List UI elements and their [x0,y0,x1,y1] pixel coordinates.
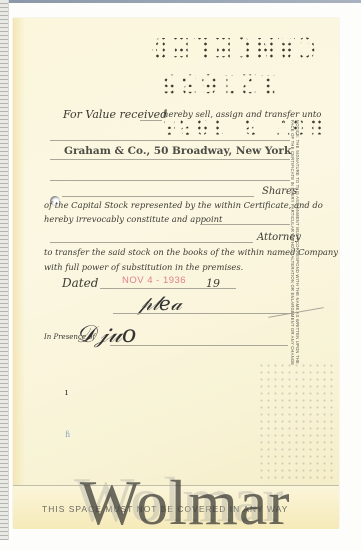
witness-signature: 𝒟𝒿𝓊𝑜 [76,320,136,348]
substitution-text: with full power of substitution in the p… [44,262,243,272]
date-line [100,288,218,289]
scale-ruler [0,0,9,540]
watermark-logo: Wolmar [80,466,291,540]
signature-line [113,313,293,314]
perforation-canceled: CANCELED [148,30,317,65]
shares-line [62,196,254,197]
ink-mark: ɦ [65,430,70,439]
date-stamp: NOV 4 - 1936 [122,275,186,286]
rule [50,140,290,141]
capital-stock-text: of the Capital Stock represented by the … [44,200,323,210]
rule [200,224,290,225]
margin-notice: NOTICE: THE SIGNATURE TO THIS ASSIGNMENT… [290,120,300,370]
attorney-line [50,242,253,243]
ink-mark: ı [65,388,68,398]
assignee-name: Graham & Co., 50 Broadway, New York [64,145,291,157]
owner-signature: 𝓅𝓁𝑒𝒶 [138,291,182,315]
faint-perforation [258,362,336,482]
dated-label: Dated [62,276,98,290]
rule [50,159,290,160]
perforation-number: 121635 [158,68,277,101]
rule [218,288,236,289]
appoint-text: hereby irrevocably constitute and appoin… [44,214,222,224]
scan-top-edge [0,0,361,3]
rule [140,120,162,121]
rule [50,180,290,181]
sell-assign-text: hereby sell, assign and transfer unto [163,110,321,120]
witness-line [110,345,288,346]
